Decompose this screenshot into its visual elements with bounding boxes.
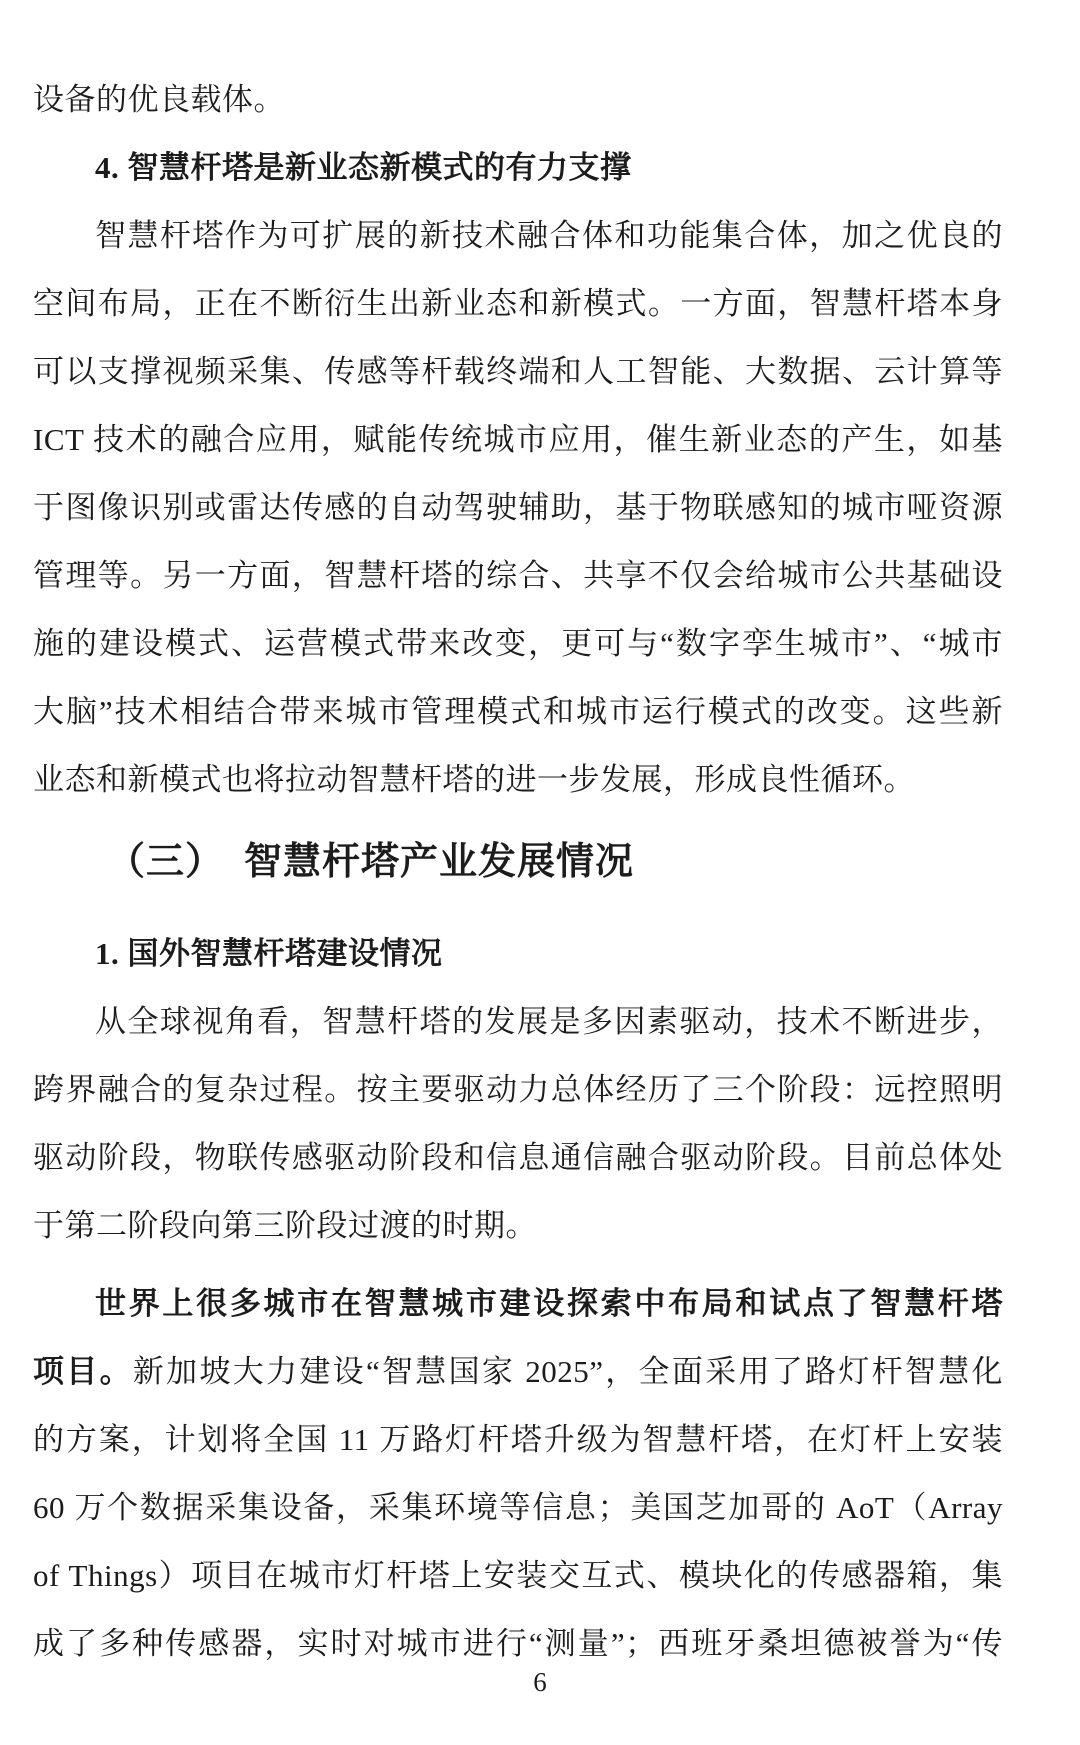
- bold-text-segment: （三） 智慧杆塔产业发展情况: [107, 841, 634, 883]
- heading-4-new-business-support: 4. 智慧杆塔是新业态新模式的有力支撑: [33, 134, 1003, 202]
- text-segment: 从全球视角看，智慧杆塔的发展是多因素驱动，技术不断进步，: [95, 1004, 1003, 1039]
- document-body: 设备的优良载体。4. 智慧杆塔是新业态新模式的有力支撑智慧杆塔作为可扩展的新技术…: [0, 0, 1080, 1678]
- text-segment: 新加坡大力建设“智慧国家 2025”，全面采用了路灯杆智慧化: [133, 1354, 1003, 1389]
- heading-line: 4. 智慧杆塔是新业态新模式的有力支撑: [33, 134, 1003, 202]
- heading-line: 1. 国外智慧杆塔建设情况: [33, 920, 1003, 988]
- text-line: 空间布局，正在不断衍生出新业态和新模式。一方面，智慧杆塔本身: [33, 270, 1003, 338]
- text-line: ICT 技术的融合应用，赋能传统城市应用，催生新业态的产生，如基: [33, 406, 1003, 474]
- text-segment: 智慧杆塔作为可扩展的新技术融合体和功能集合体，加之优良的: [95, 218, 1003, 253]
- bold-text-segment: 4. 智慧杆塔是新业态新模式的有力支撑: [95, 150, 632, 185]
- text-line: 项目。新加坡大力建设“智慧国家 2025”，全面采用了路灯杆智慧化: [33, 1338, 1003, 1406]
- text-segment: 大脑”技术相结合带来城市管理模式和城市运行模式的改变。这些新: [33, 694, 1003, 729]
- text-segment: 成了多种传感器，实时对城市进行“测量”；西班牙桑坦德被誉为“传: [33, 1626, 1003, 1661]
- paragraph-world-city-pilots: 世界上很多城市在智慧城市建设探索中布局和试点了智慧杆塔项目。新加坡大力建设“智慧…: [33, 1270, 1003, 1678]
- text-segment: 60 万个数据采集设备，采集环境等信息；美国芝加哥的 AoT（Array: [33, 1490, 1003, 1525]
- text-line: 智慧杆塔作为可扩展的新技术融合体和功能集合体，加之优良的: [33, 202, 1003, 270]
- text-segment: 业态和新模式也将拉动智慧杆塔的进一步发展，形成良性循环。: [33, 762, 915, 797]
- text-segment: 设备的优良载体。: [33, 82, 285, 117]
- text-segment: 施的建设模式、运营模式带来改变，更可与“数字孪生城市”、“城市: [33, 626, 1003, 661]
- text-line: 60 万个数据采集设备，采集环境等信息；美国芝加哥的 AoT（Array: [33, 1474, 1003, 1542]
- text-segment: ICT 技术的融合应用，赋能传统城市应用，催生新业态的产生，如基: [33, 422, 1003, 457]
- text-segment: 可以支撑视频采集、传感等杆载终端和人工智能、大数据、云计算等: [33, 354, 1003, 389]
- section-heading-3-industry-development: （三） 智慧杆塔产业发展情况: [33, 828, 1003, 896]
- heading-1-overseas-construction: 1. 国外智慧杆塔建设情况: [33, 920, 1003, 988]
- text-segment: of Things）项目在城市灯杆塔上安装交互式、模块化的传感器箱，集: [33, 1558, 1003, 1593]
- text-line: 于第二阶段向第三阶段过渡的时期。: [33, 1192, 1003, 1260]
- text-segment: 的方案，计划将全国 11 万路灯杆塔升级为智慧杆塔，在灯杆上安装: [33, 1422, 1003, 1457]
- text-line: 施的建设模式、运营模式带来改变，更可与“数字孪生城市”、“城市: [33, 610, 1003, 678]
- page-number: 6: [533, 1667, 547, 1697]
- heading-line: （三） 智慧杆塔产业发展情况: [33, 828, 1003, 896]
- text-line: 大脑”技术相结合带来城市管理模式和城市运行模式的改变。这些新: [33, 678, 1003, 746]
- paragraph-continuation: 设备的优良载体。: [33, 66, 1003, 134]
- text-line: of Things）项目在城市灯杆塔上安装交互式、模块化的传感器箱，集: [33, 1542, 1003, 1610]
- text-segment: 跨界融合的复杂过程。按主要驱动力总体经历了三个阶段：远控照明: [33, 1072, 1003, 1107]
- text-line: 从全球视角看，智慧杆塔的发展是多因素驱动，技术不断进步，: [33, 988, 1003, 1056]
- text-segment: 空间布局，正在不断衍生出新业态和新模式。一方面，智慧杆塔本身: [33, 286, 1003, 321]
- text-segment: 于图像识别或雷达传感的自动驾驶辅助，基于物联感知的城市哑资源: [33, 490, 1003, 525]
- text-line: 业态和新模式也将拉动智慧杆塔的进一步发展，形成良性循环。: [33, 746, 1003, 814]
- text-line: 驱动阶段，物联传感驱动阶段和信息通信融合驱动阶段。目前总体处: [33, 1124, 1003, 1192]
- text-segment: 于第二阶段向第三阶段过渡的时期。: [33, 1208, 537, 1243]
- paragraph-new-business-models: 智慧杆塔作为可扩展的新技术融合体和功能集合体，加之优良的空间布局，正在不断衍生出…: [33, 202, 1003, 814]
- bold-text-segment: 1. 国外智慧杆塔建设情况: [95, 936, 443, 971]
- text-line: 跨界融合的复杂过程。按主要驱动力总体经历了三个阶段：远控照明: [33, 1056, 1003, 1124]
- document-page: 设备的优良载体。4. 智慧杆塔是新业态新模式的有力支撑智慧杆塔作为可扩展的新技术…: [0, 0, 1080, 1745]
- bold-text-segment: 项目。: [33, 1354, 133, 1389]
- text-line: 可以支撑视频采集、传感等杆载终端和人工智能、大数据、云计算等: [33, 338, 1003, 406]
- text-segment: 驱动阶段，物联传感驱动阶段和信息通信融合驱动阶段。目前总体处: [33, 1140, 1003, 1175]
- bold-text-segment: 世界上很多城市在智慧城市建设探索中布局和试点了智慧杆塔: [95, 1286, 1003, 1321]
- text-line: 世界上很多城市在智慧城市建设探索中布局和试点了智慧杆塔: [33, 1270, 1003, 1338]
- paragraph-global-view: 从全球视角看，智慧杆塔的发展是多因素驱动，技术不断进步，跨界融合的复杂过程。按主…: [33, 988, 1003, 1260]
- text-line: 设备的优良载体。: [33, 66, 1003, 134]
- text-line: 管理等。另一方面，智慧杆塔的综合、共享不仅会给城市公共基础设: [33, 542, 1003, 610]
- text-segment: 管理等。另一方面，智慧杆塔的综合、共享不仅会给城市公共基础设: [33, 558, 1003, 593]
- text-line: 的方案，计划将全国 11 万路灯杆塔升级为智慧杆塔，在灯杆上安装: [33, 1406, 1003, 1474]
- page-footer: 6: [0, 1662, 1080, 1702]
- text-line: 于图像识别或雷达传感的自动驾驶辅助，基于物联感知的城市哑资源: [33, 474, 1003, 542]
